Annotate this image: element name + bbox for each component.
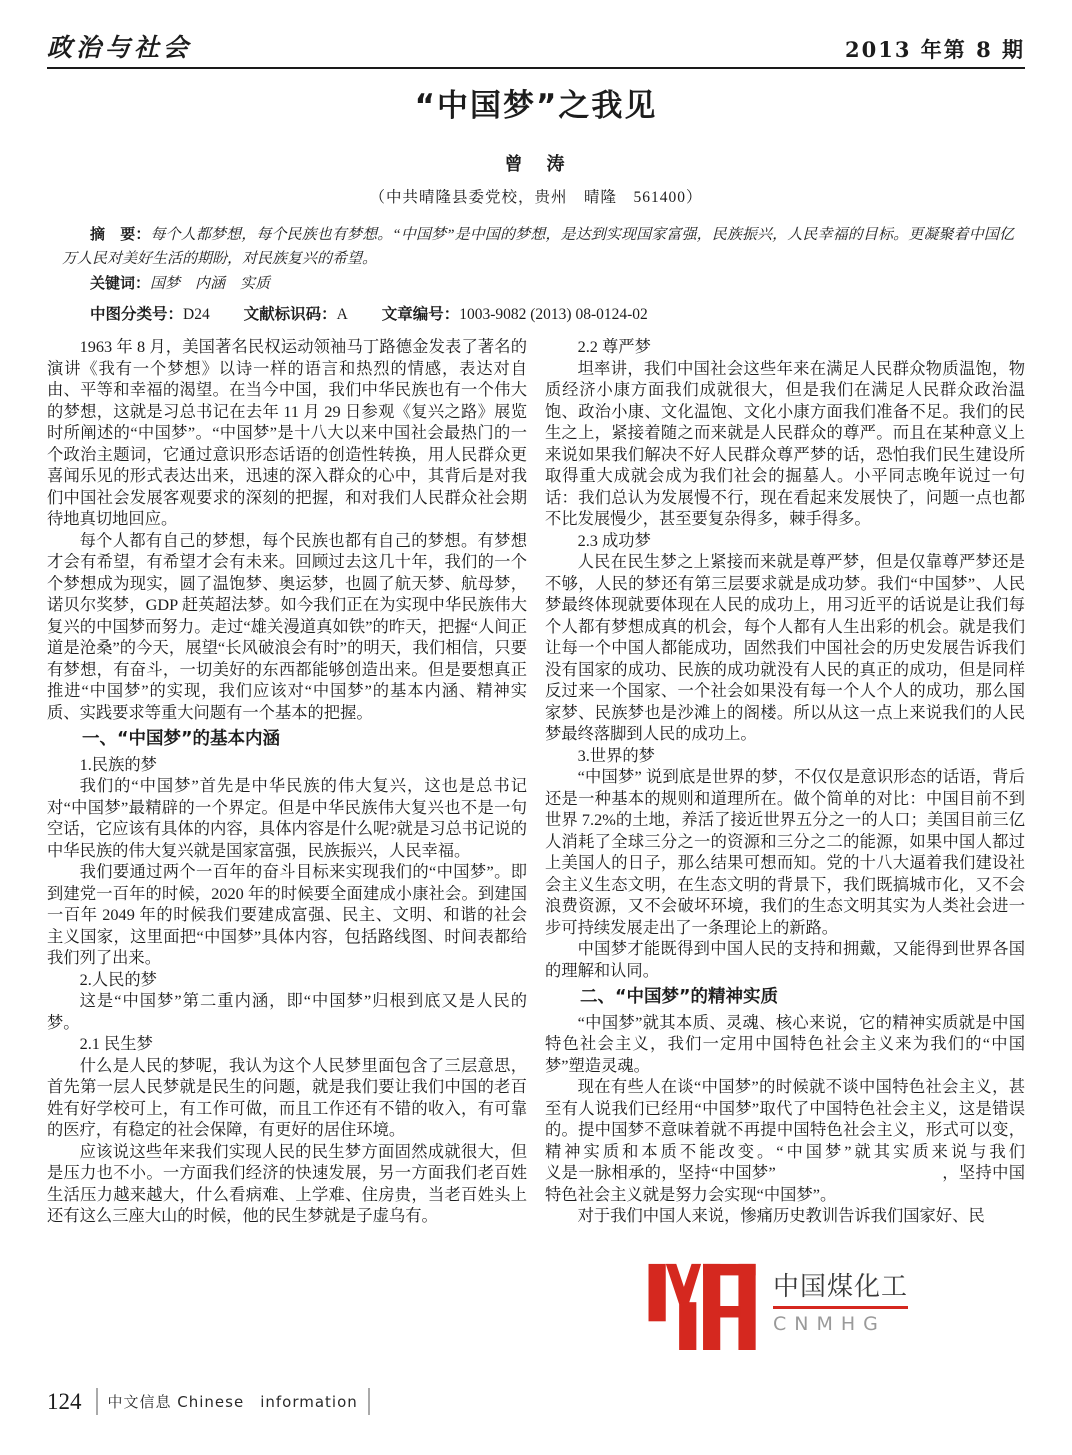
footer-journal-name: 中文信息 Chinese information — [96, 1388, 370, 1415]
watermark-company-code: CNMHG — [773, 1313, 908, 1335]
journal-issue: 2013 年第 8 期 — [845, 34, 1025, 64]
keywords-text: 国梦 内涵 实质 — [150, 276, 270, 292]
journal-page: 政治与社会 2013 年第 8 期 “中国梦”之我见 曾 涛 （中共晴隆县委党校… — [0, 0, 1072, 1455]
paragraph: “中国梦”就其本质、灵魂、核心来说，它的精神实质就是中国特色社会主义，我们一定用… — [545, 1012, 1025, 1077]
keywords-label: 关键词： — [90, 274, 150, 292]
cnmhg-watermark: 中国煤化工 CNMHG — [645, 1262, 951, 1350]
subsection-heading: 2.3 成功梦 — [545, 530, 1025, 552]
paragraph: 我们的“中国梦”首先是中华民族的伟大复兴，这也是总书记对“中国梦”最精辟的一个界… — [47, 775, 527, 861]
clc-label: 中图分类号： — [90, 305, 183, 323]
subsection-heading: 2.2 尊严梦 — [545, 336, 1025, 358]
paragraph: 1963 年 8 月，美国著名民权运动领袖马丁路德金发表了著名的演讲《我有一个梦… — [47, 336, 527, 530]
subsection-heading: 2.1 民生梦 — [47, 1033, 527, 1055]
article-id-value: 1003-9082 (2013) 08-0124-02 — [459, 306, 648, 323]
article-id-label: 文章编号： — [382, 305, 460, 323]
paragraph: 每个人都有自己的梦想，每个民族也都有自己的梦想。有梦想才会有希望，有希望才会有未… — [47, 530, 527, 724]
paragraph: 坦率讲，我们中国社会这些年来在满足人民群众物质温饱，物质经济小康方面我们成就很大… — [545, 358, 1025, 530]
article-meta: 中图分类号：D24 文献标识码：A 文章编号：1003-9082 (2013) … — [62, 302, 1014, 324]
article-id-group: 文章编号：1003-9082 (2013) 08-0124-02 — [382, 306, 648, 323]
author-affiliation: （中共晴隆县委党校，贵州 晴隆 561400） — [0, 185, 1072, 207]
cnmhg-monogram-icon — [645, 1262, 763, 1350]
abstract-text: 每个人都梦想，每个民族也有梦想。“中国梦”是中国的梦想，是达到实现国家富强，民族… — [62, 227, 1014, 267]
paragraph: 我们要通过两个一百年的奋斗目标来实现我们的“中国梦”。即到建党一百年的时候，20… — [47, 861, 527, 969]
article-body: 1963 年 8 月，美国著名民权运动领袖马丁路德金发表了著名的演讲《我有一个梦… — [47, 336, 1025, 1227]
page-footer: 124 中文信息 Chinese information — [47, 1388, 370, 1415]
paragraph: 现在有些人在谈“中国梦”的时候就不谈中国特色社会主义，甚至有人说我们已经用“中国… — [545, 1076, 1025, 1205]
doc-code-label: 文献标识码： — [244, 305, 337, 323]
abstract-label: 摘 要： — [90, 225, 150, 243]
watermark-text: 中国煤化工 CNMHG — [773, 1262, 908, 1335]
subsection-heading: 3.世界的梦 — [545, 745, 1025, 767]
header-divider — [47, 67, 1025, 69]
left-column: 1963 年 8 月，美国著名民权运动领袖马丁路德金发表了著名的演讲《我有一个梦… — [47, 336, 527, 1227]
doc-code-value: A — [337, 306, 348, 323]
paragraph: 中国梦才能既得到中国人民的支持和拥戴，又能得到世界各国的理解和认同。 — [545, 938, 1025, 981]
paragraph: 这是“中国梦”第二重内涵，即“中国梦”归根到底又是人民的梦。 — [47, 990, 527, 1033]
paragraph: 人民在民生梦之上紧接而来就是尊严梦，但是仅靠尊严梦还是不够，人民的梦还有第三层要… — [545, 551, 1025, 745]
clc-value: D24 — [183, 306, 210, 323]
doc-code-group: 文献标识码：A — [244, 306, 348, 323]
subsection-heading: 2.人民的梦 — [47, 969, 527, 991]
paragraph: 对于我们中国人来说，惨痛历史教训告诉我们国家好、民 — [545, 1205, 1025, 1227]
journal-section-title: 政治与社会 — [47, 28, 192, 64]
section-heading: 一、“中国梦”的基本内涵 — [47, 729, 527, 751]
keywords: 关键词：国梦 内涵 实质 — [62, 272, 1014, 293]
subsection-heading: 1.民族的梦 — [47, 754, 527, 776]
abstract: 摘 要：每个人都梦想，每个民族也有梦想。“中国梦”是中国的梦想，是达到实现国家富… — [62, 222, 1014, 271]
right-column: 2.2 尊严梦 坦率讲，我们中国社会这些年来在满足人民群众物质温饱，物质经济小康… — [545, 336, 1025, 1227]
article-title: “中国梦”之我见 — [0, 80, 1072, 125]
paragraph: “中国梦” 说到底是世界的梦，不仅仅是意识形态的话语，背后还是一种基本的规则和道… — [545, 766, 1025, 938]
clc-group: 中图分类号：D24 — [90, 306, 210, 323]
author-name: 曾 涛 — [0, 150, 1072, 176]
paragraph: 什么是人民的梦呢，我认为这个人民梦里面包含了三层意思，首先第一层人民梦就是民生的… — [47, 1055, 527, 1141]
page-header: 政治与社会 2013 年第 8 期 — [47, 28, 1025, 64]
paragraph: 应该说这些年来我们实现人民的民生梦方面固然成就很大，但是压力也不小。一方面我们经… — [47, 1141, 527, 1227]
section-heading: 二、“中国梦”的精神实质 — [545, 987, 1025, 1009]
page-number: 124 — [47, 1389, 82, 1415]
watermark-company-name: 中国煤化工 — [773, 1266, 908, 1309]
